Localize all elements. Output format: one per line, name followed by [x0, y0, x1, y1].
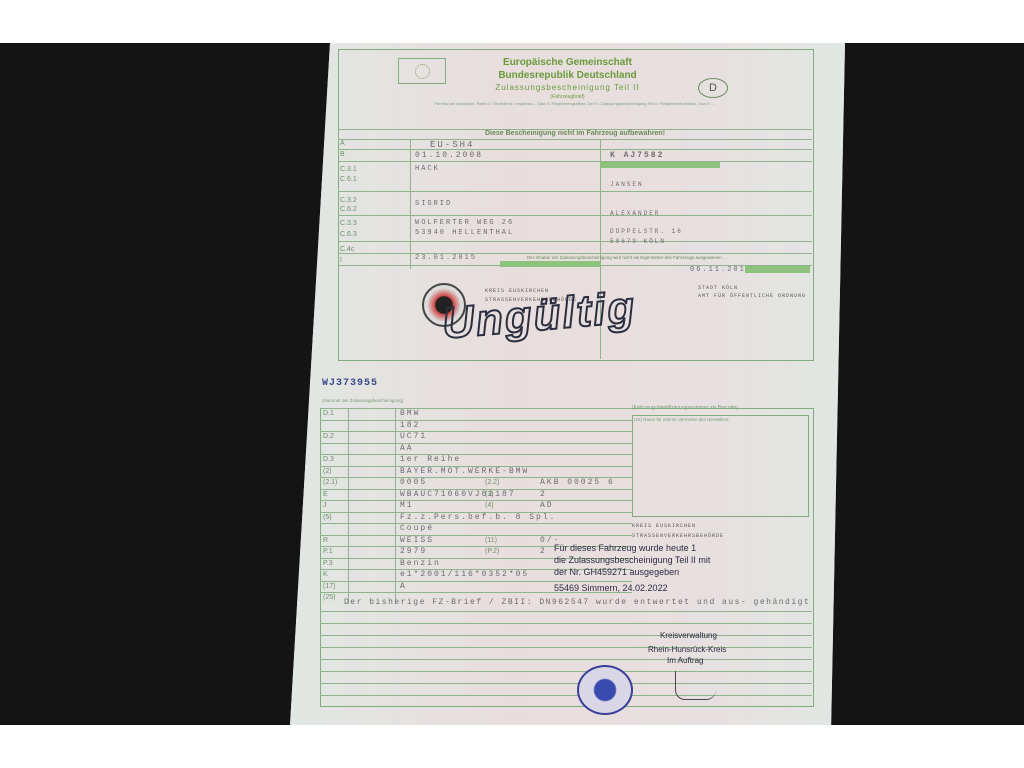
owner-note: Der Inhaber der Zulassungsbescheinigung … — [450, 255, 800, 260]
vehicle-row-value: A — [400, 582, 407, 591]
header-line3: Zulassungsbescheinigung Teil II — [290, 83, 845, 92]
vehicle-row-extra-code: (4) — [485, 502, 494, 509]
header-line4: (Fahrzeugbrief) — [290, 94, 845, 100]
vehicle-row-code: (25) — [323, 594, 335, 601]
vehicle-row-code: P.3 — [323, 560, 333, 567]
holder1-street: WOLFERTER WEG 26 — [415, 219, 514, 227]
holder2-street: DÜPPELSTR. 16 — [610, 228, 683, 235]
vehicle-row-value: e1*2001/116*0352*05 — [400, 570, 529, 579]
vehicle-row-extra-code: (P.2) — [485, 548, 499, 555]
vehicle-row-extra: AKB 00025 6 — [540, 478, 615, 487]
vehicle-row-value: M1 — [400, 501, 414, 510]
holder2-name: JANSEN — [610, 181, 644, 188]
vehicle-row-extra-code: (11) — [485, 537, 497, 544]
vehicle-row-value: WBAUC71060VJ82187 — [400, 490, 516, 499]
signature-icon — [675, 671, 716, 700]
vehicle-row-extra-code: (3) — [485, 491, 494, 498]
vehicle-row-value: 2979 — [400, 547, 427, 556]
vehicle-row-value: WEISS — [400, 536, 434, 545]
holder2-date: 06.11.2017 — [690, 266, 752, 274]
warning-banner: Diese Bescheinigung nicht im Fahrzeug au… — [338, 130, 812, 137]
header-line1: Europäische Gemeinschaft — [290, 57, 845, 68]
holder1-name: HACK — [415, 165, 440, 173]
vehicle-row-code: D.3 — [323, 456, 334, 463]
vehicle-row-extra: AD — [540, 501, 554, 510]
vehicle-row-value: BMW — [400, 409, 420, 418]
vehicle-row-code: E — [323, 491, 328, 498]
vehicle-row-code: (2) — [323, 468, 332, 475]
multilingual-caption: Permiso de circulación, Parte II / Osvěd… — [350, 101, 800, 107]
registration-document: Europäische Gemeinschaft Bundesrepublik … — [290, 43, 845, 725]
signature-line1: Kreisverwaltung — [660, 630, 717, 642]
country-code-badge: D — [698, 78, 728, 98]
vehicle-row-value: BAYER.MOT.WERKE-BMW — [400, 467, 529, 476]
header-line2: Bundesrepublik Deutschland — [290, 70, 845, 81]
issuance-line2: die Zulassungsbescheinigung Teil II mit — [554, 554, 710, 566]
issuance-line1: Für dieses Fahrzeug wurde heute 1 — [554, 542, 696, 554]
vehicle-row-code: D.2 — [323, 433, 334, 440]
holder2-city: 50679 KÖLN — [610, 238, 666, 245]
vehicle-row-value: 0005 — [400, 478, 427, 487]
vehicle-row-value: Coupé — [400, 524, 434, 533]
internal-notes-box — [632, 415, 809, 517]
vehicle-row-code: (17) — [323, 583, 335, 590]
holder2-first-name: ALEXANDER — [610, 210, 660, 217]
vehicle-row-extra: 2 — [540, 490, 547, 499]
issuance-line3: der Nr. GH459271 ausgegeben — [554, 566, 679, 578]
vehicle-row-value: UC71 — [400, 432, 427, 441]
vehicle-row-code: D.1 — [323, 410, 334, 417]
vehicle-row-extra: 2 — [540, 547, 547, 556]
vehicle-row-code: (5) — [323, 514, 332, 521]
holder1-first-name: SIGRID — [415, 200, 452, 208]
remark-line: Der bisherige FZ-Brief / ZBII: DN962547 … — [344, 598, 810, 607]
official-seal-icon — [577, 665, 633, 715]
first-registration-date: 01.10.2008 — [415, 151, 483, 160]
certificate-number: WJ373955 — [322, 378, 378, 389]
vehicle-row-value: Fz.z.Pers.bef.b. 8 Spl. — [400, 513, 556, 522]
vehicle-row-code: K — [323, 571, 328, 578]
vehicle-row-code: (2.1) — [323, 479, 337, 486]
holder1-city: 53940 HELLENTHAL — [415, 229, 514, 237]
vehicle-row-code: R — [323, 537, 328, 544]
vehicle-row-value: Benzin — [400, 559, 441, 568]
vehicle-row-value: 1er Reihe — [400, 455, 461, 464]
vehicle-row-code: P.1 — [323, 548, 333, 555]
vehicle-row-value: AA — [400, 444, 414, 453]
signature-line3: Im Auftrag — [667, 655, 703, 667]
previous-doc-number: K AJ7582 — [610, 151, 664, 160]
vehicle-row-value: 182 — [400, 421, 420, 430]
vehicle-row-extra-code: (2.2) — [485, 479, 499, 486]
issuance-place-date: 55469 Simmern, 24.02.2022 — [554, 582, 668, 594]
plate-number: EU-SH4 — [430, 140, 474, 150]
vehicle-row-code: J — [323, 502, 327, 509]
